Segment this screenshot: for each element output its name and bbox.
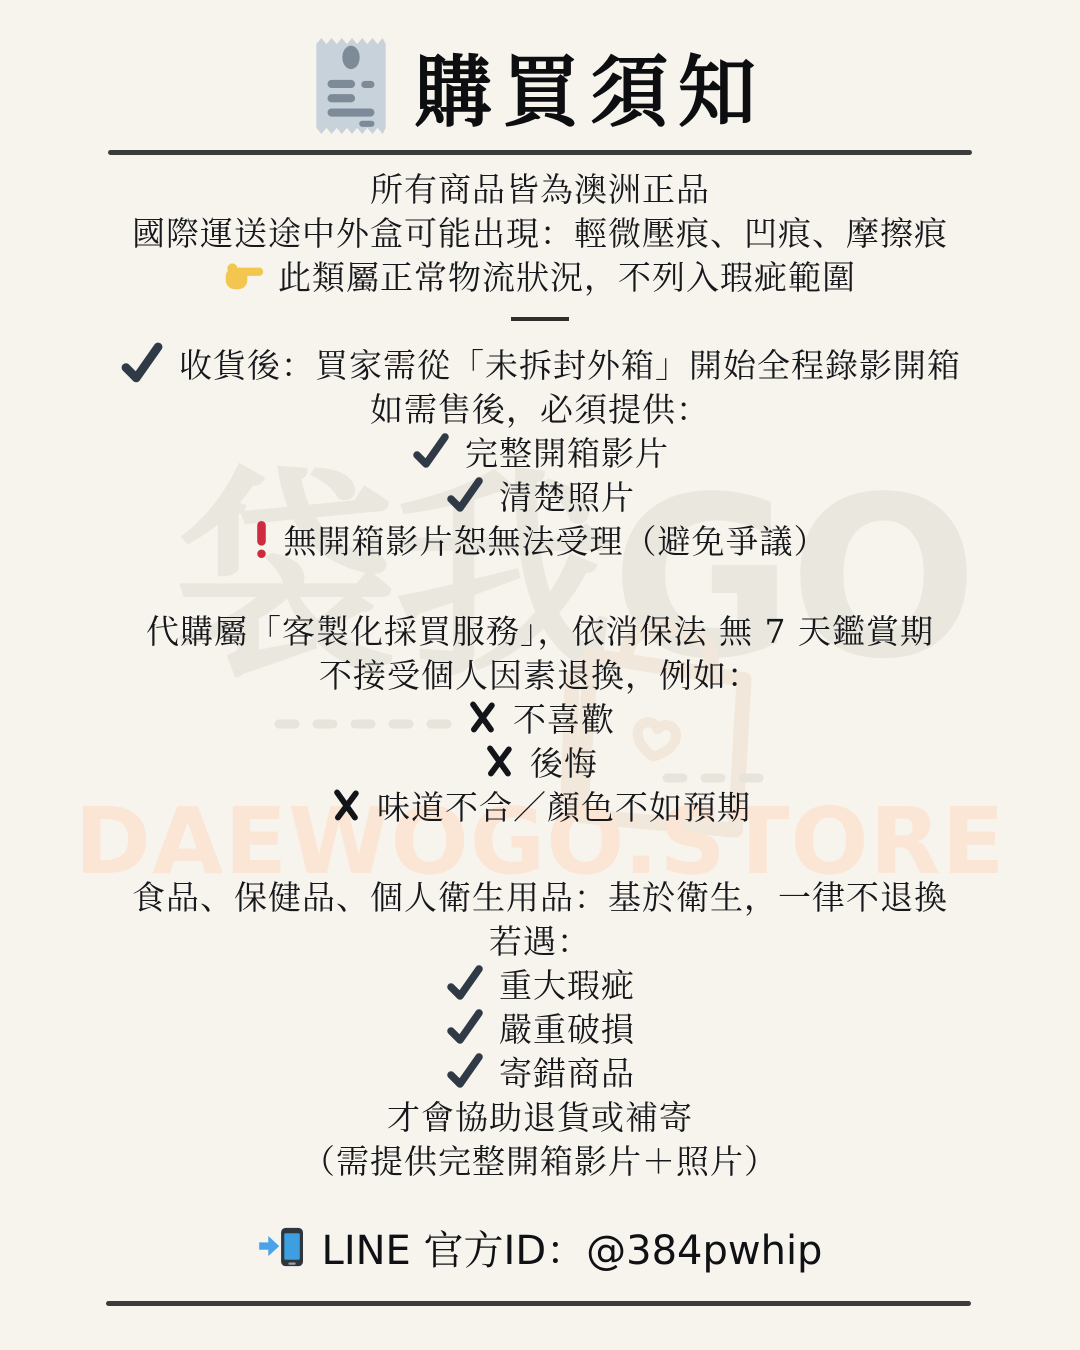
notice-line: 如需售後，必須提供：	[0, 385, 1080, 429]
check-icon	[445, 963, 485, 1003]
check-icon	[445, 1007, 485, 1047]
notice-line-text: 代購屬「客製化採買服務」，依消保法 無 7 天鑑賞期	[146, 606, 934, 653]
phone-arrow-icon	[258, 1226, 306, 1268]
check-icon	[119, 340, 165, 386]
notice-line-text: 才會協助退貨或補寄	[387, 1092, 693, 1139]
line-contact-row: LINE 官方ID：@384pwhip	[0, 1221, 1080, 1273]
exclamation-icon	[253, 520, 270, 558]
notice-line-text: LINE 官方ID：@384pwhip	[322, 1219, 823, 1276]
page-title: 購買須知	[414, 30, 766, 142]
notice-line-text: 清楚照片	[499, 472, 635, 519]
cross-icon	[465, 700, 499, 734]
notice-line-text: 無開箱影片恕無法受理（避免爭議）	[284, 516, 828, 563]
notice-line: 所有商品皆為澳洲正品	[0, 165, 1080, 209]
notice-line-text: 若遇：	[489, 916, 591, 963]
bottom-divider-line	[106, 1301, 971, 1306]
notice-line: 清楚照片	[0, 473, 1080, 517]
notice-line-text: 食品、保健品、個人衛生用品：基於衛生，一律不退換	[132, 872, 948, 919]
notice-line-text: 不接受個人因素退換，例如：	[319, 650, 761, 697]
notice-line-text: 此類屬正常物流狀況，不列入瑕疵範圍	[278, 252, 856, 299]
check-icon	[445, 475, 485, 515]
notice-line-text: 寄錯商品	[499, 1048, 635, 1095]
cross-icon	[329, 788, 363, 822]
notice-line: 此類屬正常物流狀況，不列入瑕疵範圍	[0, 253, 1080, 297]
notice-line-text: 後悔	[530, 738, 598, 785]
spacer	[0, 827, 1080, 873]
check-icon	[411, 431, 451, 471]
notice-line-text: 國際運送途中外盒可能出現：輕微壓痕、凹痕、摩擦痕	[132, 208, 948, 255]
receipt-icon	[314, 37, 388, 135]
notice-line: 不接受個人因素退換，例如：	[0, 651, 1080, 695]
point-right-icon	[224, 260, 264, 291]
notice-line-text: 嚴重破損	[499, 1004, 635, 1051]
notice-line-text: 完整開箱影片	[465, 428, 669, 475]
notice-line: 味道不合／顏色不如預期	[0, 783, 1080, 827]
purchase-notice-poster: 袋我GO DAEWOGO.STORE	[0, 0, 1080, 1350]
spacer	[0, 561, 1080, 607]
notice-line: 後悔	[0, 739, 1080, 783]
notice-line: （需提供完整開箱影片＋照片）	[0, 1137, 1080, 1181]
notice-body: 所有商品皆為澳洲正品國際運送途中外盒可能出現：輕微壓痕、凹痕、摩擦痕此類屬正常物…	[0, 165, 1080, 1273]
header: 購買須知	[0, 0, 1080, 138]
notice-line: 重大瑕疵	[0, 961, 1080, 1005]
notice-line: 收貨後：買家需從「未拆封外箱」開始全程錄影開箱	[0, 341, 1080, 385]
notice-line: 國際運送途中外盒可能出現：輕微壓痕、凹痕、摩擦痕	[0, 209, 1080, 253]
notice-line-text: 重大瑕疵	[499, 960, 635, 1007]
notice-line-text: 味道不合／顏色不如預期	[377, 782, 751, 829]
notice-line-text: 收貨後：買家需從「未拆封外箱」開始全程錄影開箱	[179, 340, 961, 387]
notice-line-text: 如需售後，必須提供：	[370, 384, 710, 431]
notice-line-text: 不喜歡	[513, 694, 615, 741]
notice-line: 才會協助退貨或補寄	[0, 1093, 1080, 1137]
notice-line: 無開箱影片恕無法受理（避免爭議）	[0, 517, 1080, 561]
check-icon	[445, 1051, 485, 1091]
notice-line: 完整開箱影片	[0, 429, 1080, 473]
top-divider-line	[108, 150, 972, 155]
notice-line: 不喜歡	[0, 695, 1080, 739]
notice-line: 嚴重破損	[0, 1005, 1080, 1049]
section-divider	[0, 297, 1080, 341]
notice-line: 寄錯商品	[0, 1049, 1080, 1093]
notice-line: 食品、保健品、個人衛生用品：基於衛生，一律不退換	[0, 873, 1080, 917]
spacer	[0, 1181, 1080, 1221]
notice-line-text: 所有商品皆為澳洲正品	[370, 164, 710, 211]
notice-line: 代購屬「客製化採買服務」，依消保法 無 7 天鑑賞期	[0, 607, 1080, 651]
cross-icon	[482, 744, 516, 778]
notice-line: 若遇：	[0, 917, 1080, 961]
notice-line-text: （需提供完整開箱影片＋照片）	[302, 1136, 778, 1183]
